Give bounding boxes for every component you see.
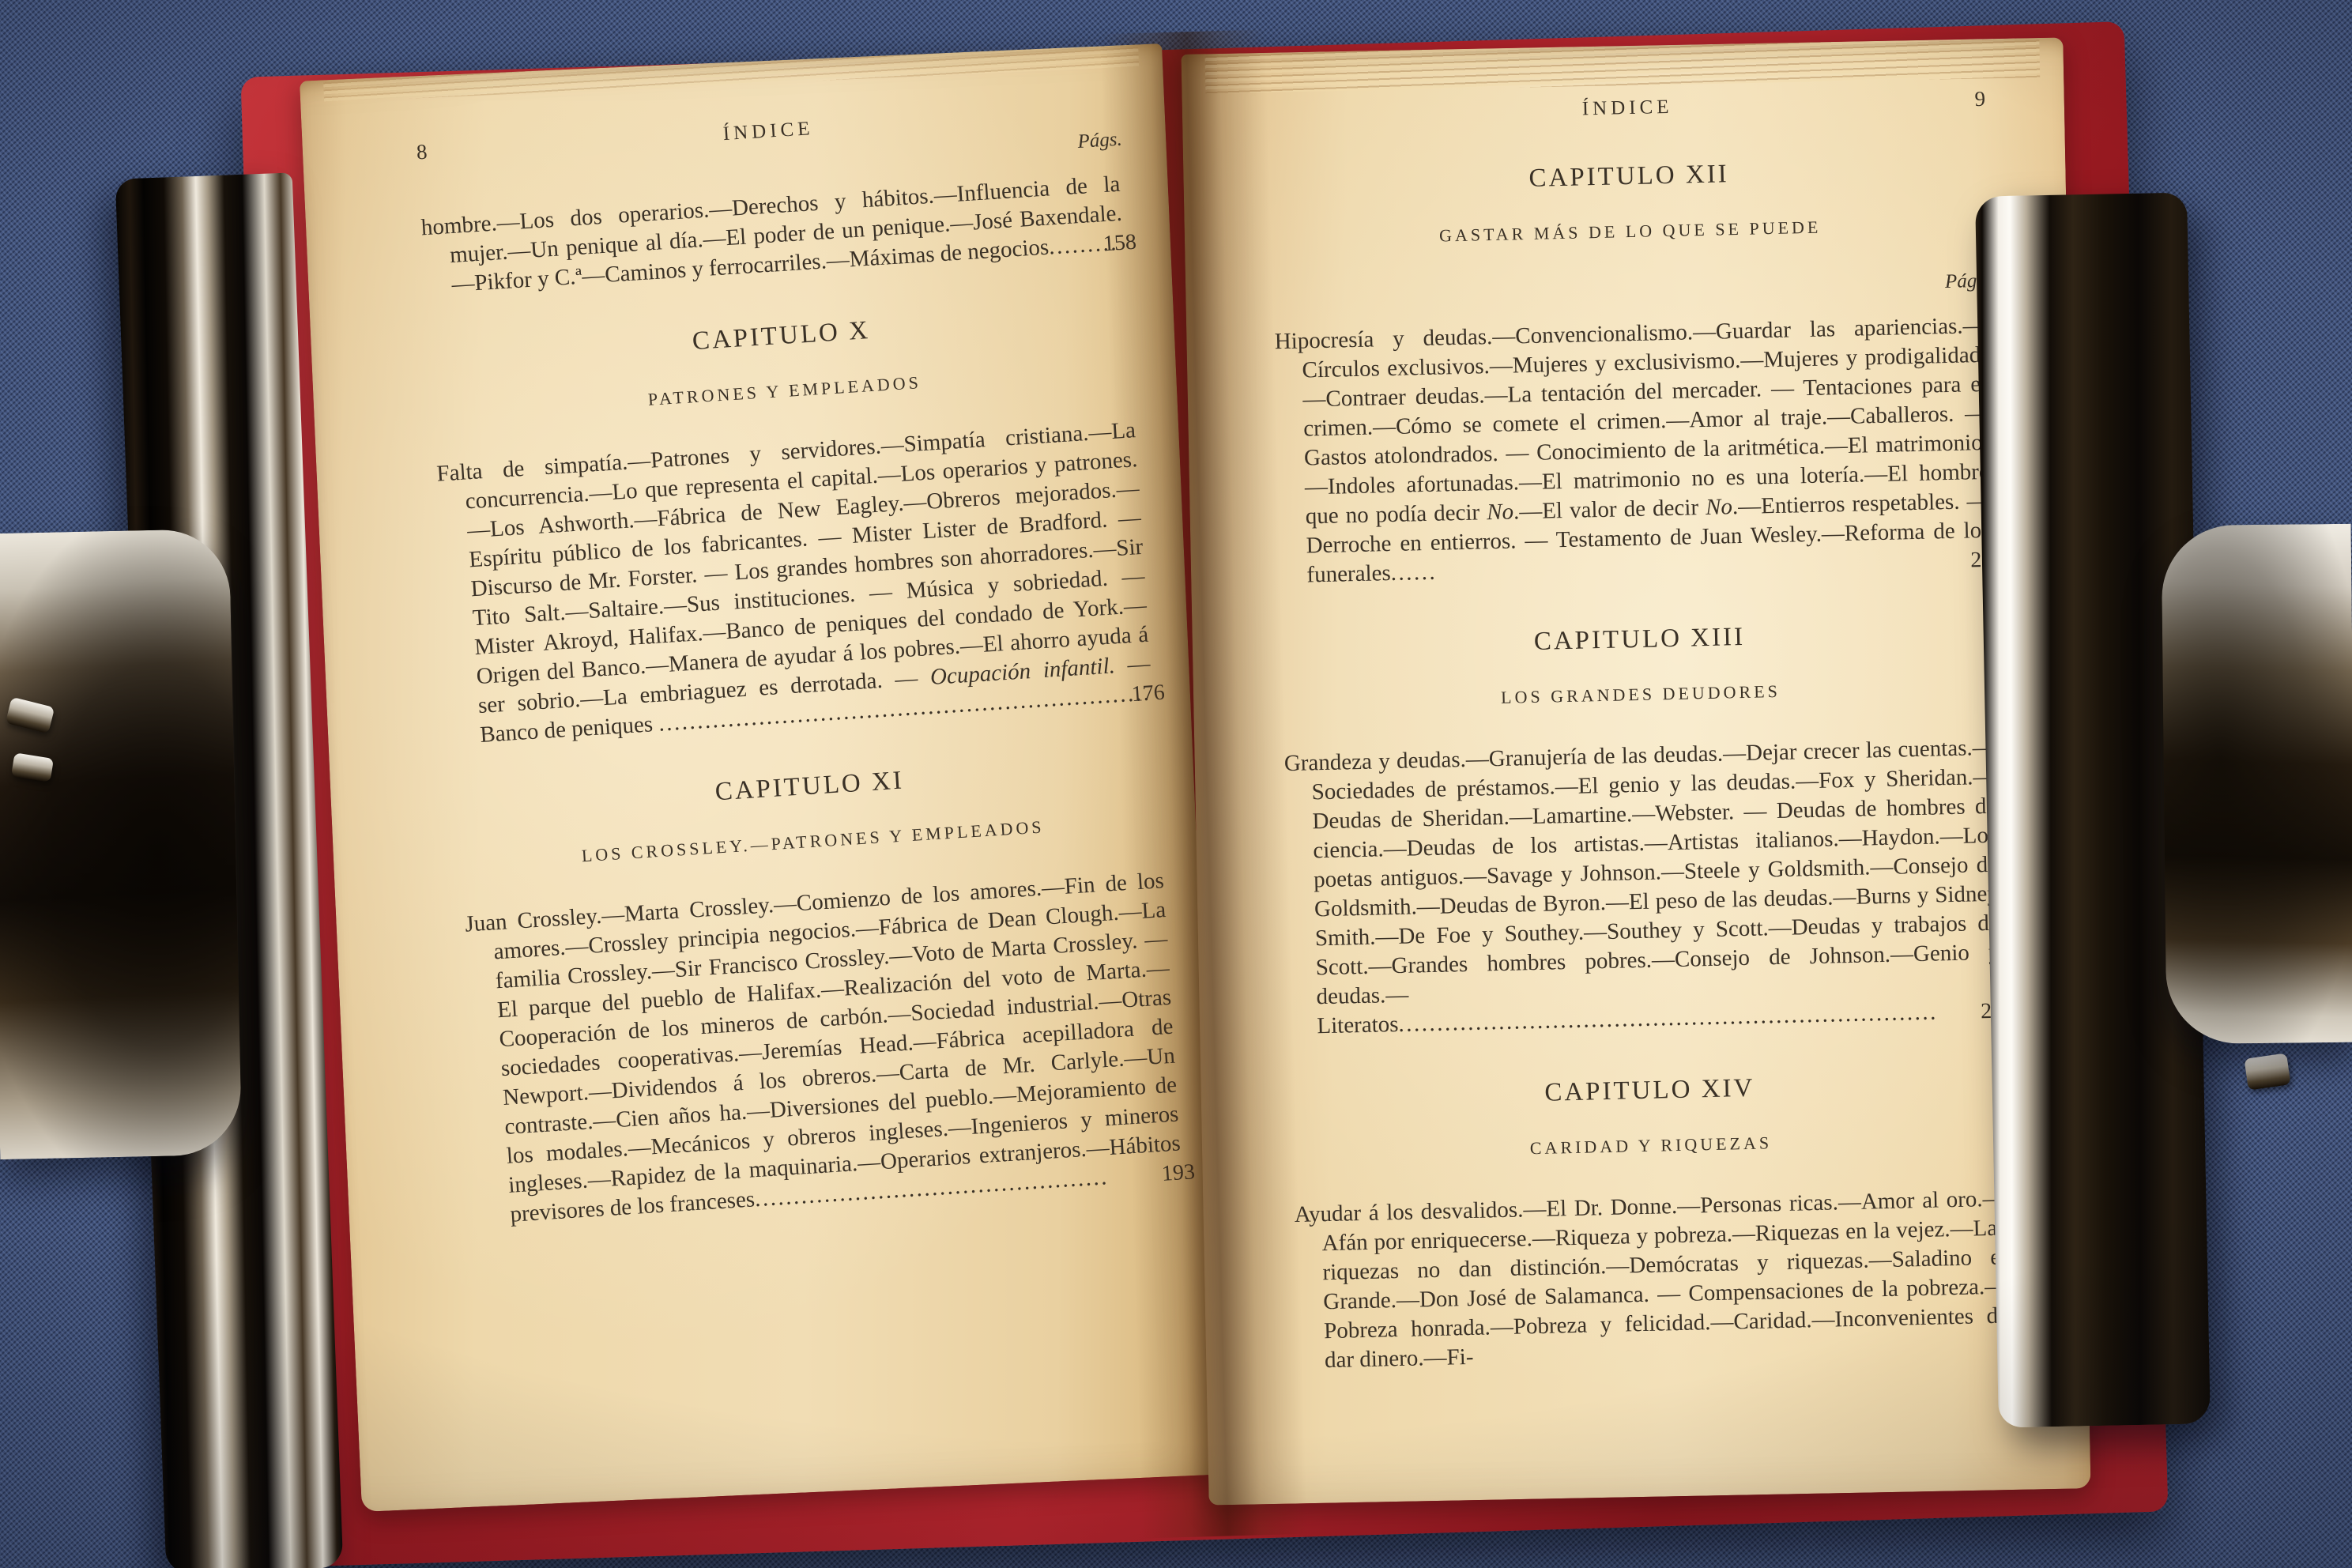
pags-label: Págs. bbox=[1273, 270, 1989, 309]
page-right-header: ÍNDICE 9 bbox=[1269, 87, 1985, 128]
leader-dots: ...... bbox=[1390, 560, 1437, 586]
metal-clip-right-arm bbox=[2162, 524, 2352, 1044]
page-number-right: 9 bbox=[1672, 87, 1985, 119]
book-page-right: ÍNDICE 9 CAPITULO XIIGASTAR MÁS DE LO QU… bbox=[1181, 37, 2090, 1505]
running-title-left: ÍNDICE bbox=[722, 118, 814, 145]
index-entries-right: CAPITULO XIIGASTAR MÁS DE LO QUE SE PUED… bbox=[1271, 154, 2014, 1376]
chapter-subtitle: PATRONES Y EMPLEADOS bbox=[432, 359, 1137, 424]
chapter-subtitle: CARIDAD Y RIQUEZAS bbox=[1293, 1127, 2009, 1164]
entry-page-ref: 176 bbox=[1131, 678, 1166, 710]
index-entry: hombre.—Los dos operarios.—Derechos y há… bbox=[420, 169, 1129, 301]
index-entry: Ayudar á los desvalidos.—El Dr. Donne.—P… bbox=[1294, 1184, 2014, 1375]
chapter-subtitle: LOS GRANDES DEUDORES bbox=[1283, 677, 1999, 714]
entry-text: Grandeza y deudas.—Granujería de las deu… bbox=[1284, 735, 2000, 1039]
page-left-content: 8 ÍNDICE Págs. hombre.—Los dos operarios… bbox=[300, 43, 1224, 1238]
index-entry: Juan Crossley.—Marta Crossley.—Comienzo … bbox=[464, 866, 1188, 1231]
entry-text: Ayudar á los desvalidos.—El Dr. Donne.—P… bbox=[1294, 1186, 2008, 1374]
entry-text: hombre.—Los dos operarios.—Derechos y há… bbox=[420, 171, 1123, 297]
leader-dots: ........................................… bbox=[1398, 999, 1938, 1036]
page-header-spacer bbox=[1269, 115, 1582, 122]
book-page-left: 8 ÍNDICE Págs. hombre.—Los dos operarios… bbox=[300, 43, 1224, 1512]
entry-page-ref: 193 bbox=[1161, 1157, 1196, 1189]
index-entry: Grandeza y deudas.—Granujería de las deu… bbox=[1283, 733, 2006, 1042]
index-entry: Falta de simpatía.—Patrones y servidores… bbox=[435, 416, 1157, 752]
chapter-subtitle: GASTAR MÁS DE LO QUE SE PUEDE bbox=[1272, 213, 1988, 251]
index-entry: Hipocresía y deudas.—Convencionalismo.—G… bbox=[1274, 311, 1996, 590]
chapter-heading: CAPITULO XIII bbox=[1281, 617, 1998, 663]
entry-text-italic: No bbox=[1487, 499, 1514, 525]
clip-pin-right bbox=[2244, 1053, 2290, 1090]
metal-clip-left-arm bbox=[0, 529, 242, 1159]
entry-text: .—El valor de decir bbox=[1513, 495, 1706, 525]
index-entries-left: hombre.—Los dos operarios.—Derechos y há… bbox=[420, 169, 1188, 1231]
chapter-heading: CAPITULO XIV bbox=[1291, 1068, 2008, 1114]
entry-page-ref: 158 bbox=[1102, 228, 1137, 259]
book-photo-scene: 8 ÍNDICE Págs. hombre.—Los dos operarios… bbox=[0, 0, 2352, 1568]
chapter-heading: CAPITULO XI bbox=[457, 750, 1163, 824]
page-right-content: ÍNDICE 9 CAPITULO XIIGASTAR MÁS DE LO QU… bbox=[1181, 37, 2090, 1378]
running-title-right: ÍNDICE bbox=[1582, 96, 1673, 121]
entry-text-italic: No bbox=[1706, 494, 1733, 520]
chapter-heading: CAPITULO X bbox=[428, 300, 1134, 373]
chapter-heading: CAPITULO XII bbox=[1271, 154, 1988, 200]
chapter-subtitle: LOS CROSSLEY.—PATRONES Y EMPLEADOS bbox=[461, 809, 1166, 874]
